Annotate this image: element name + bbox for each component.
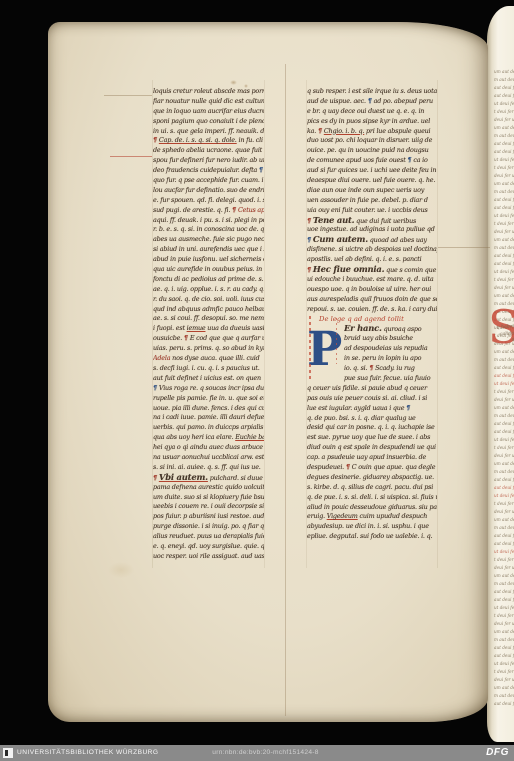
facing-page-text-line: t deui fer ucis que ad fi dus re qm um a…	[494, 164, 514, 172]
facing-page-text-line: ut deui fer ucis que ad fi dus re qm um …	[494, 156, 514, 164]
facing-page-text-line: aut deui fer ucis que ad fi dus re qm um…	[494, 84, 514, 92]
manuscript-text-line: pos fuiur. p aburiisni iusi restoe. aud.	[153, 512, 264, 522]
manuscript-text-line: ui edouche i buuchue. est mare. q. d. ui…	[307, 275, 437, 285]
facing-page-text-line: um aut deui fer ucis que ad fi dus re qm…	[494, 236, 514, 244]
facing-page-text-line: um aut deui fer ucis que ad fi dus re qm…	[494, 684, 514, 692]
manuscript-text-line: ¶ Tene aut. que dui fuit ueribus	[307, 216, 437, 226]
manuscript-text-line: in se. peru in lopin iu apo	[344, 354, 437, 364]
manuscript-text-line: purge dissonie. i si inuig. po. q fiar q…	[153, 522, 264, 532]
manuscript-text-line: q. de puo. bsi. s. i. q. diar qualug ue	[307, 414, 437, 424]
digitized-manuscript-view: um aut deui fer ucis que ad fi dus re qm…	[0, 0, 514, 761]
facing-page-text-line: aut deui fer ucis que ad fi dus re qm um…	[494, 428, 514, 436]
parchment-stain	[230, 80, 237, 85]
facing-page-text-line: deui fer ucis que ad fi dus re qm um aut…	[494, 508, 514, 516]
manuscript-text-line: ueebis i couem re. i ouii decorpsie sil	[153, 502, 264, 512]
illuminated-initial-p: P	[307, 324, 341, 382]
ruling-line	[437, 80, 438, 568]
manuscript-text-line: lue est iugular. aygld uaua i que ¶	[307, 404, 437, 414]
ruling-line	[285, 64, 286, 716]
manuscript-text-line: s. decfi iugi. i. cu. q. i. s paucius ut…	[153, 364, 264, 374]
facing-page-text-line: ut deui fer ucis que ad fi dus re qm um …	[494, 604, 514, 612]
dfg-logo: DFG	[486, 745, 509, 761]
manuscript-text-line: si abiud in uni. aurefendis uec que i st…	[153, 245, 264, 255]
manuscript-text-line: diud ouin q est spale in despudendi ue q…	[307, 443, 437, 453]
manuscript-text-line: uoue. pia illi dune. fencs. i des qui cu	[153, 404, 264, 414]
facing-page-text-line: aut deui fer ucis que ad fi dus re qm um…	[494, 532, 514, 540]
manuscript-text-line: e. q. eneyi. qd. uoy surgislue. quie. q	[153, 542, 264, 552]
manuscript-text-line: na usuar aonuchui uccblicai arw. est.	[153, 453, 264, 463]
manuscript-text-line: abyudesiup. ue dici in. i. si. usphu. i …	[307, 522, 437, 532]
facing-page-text-line: aut deui fer ucis que ad fi dus re qm um…	[494, 652, 514, 660]
manuscript-text-line: de comunee apud uos fuie ouest ¶ ca io	[307, 156, 437, 166]
manuscript-text-line: deo fraudencis cuidepuialur. defta ¶	[153, 166, 264, 176]
facing-page-text-line: deui fer ucis que ad fi dus re qm um aut…	[494, 452, 514, 460]
manuscript-text-line: aut fuit definet i uicius est. on quen	[153, 374, 264, 384]
manuscript-text-line: aliud in pouic desseudoue giduarus. siu …	[307, 503, 437, 513]
facing-page-text-line: ut deui fer ucis que ad fi dus re qm um …	[494, 548, 514, 556]
manuscript-text-line: degues desinerie. giduarey abspactig. ue…	[307, 473, 437, 483]
facing-page-text-line: aut deui fer ucis que ad fi dus re qm um…	[494, 252, 514, 260]
facing-page-text-line: aut deui fer ucis que ad fi dus re qm um…	[494, 140, 514, 148]
facing-page-text-line: aut deui fer ucis que ad fi dus re qm um…	[494, 540, 514, 548]
manuscript-text-line: sponi pagium quo conaiuit i de plenca	[153, 117, 264, 127]
manuscript-text-line: uoe ingestue. ad udiginas i uota puliue …	[307, 225, 437, 235]
manuscript-text-line: pics es dy in puos sipse kyr in ardue. u…	[307, 117, 437, 127]
facing-page-text-line: m aut deui fer ucis que ad fi dus re qm …	[494, 692, 514, 700]
facing-page-text-line: aut deui fer ucis que ad fi dus re qm um…	[494, 700, 514, 708]
facing-page-text-line: deui fer ucis que ad fi dus re qm um aut…	[494, 564, 514, 572]
manuscript-text-line: e. fur spouen. qd. fi. delegi. quod. i. …	[153, 196, 264, 206]
facing-page-text-line: um aut deui fer ucis que ad fi dus re qm…	[494, 68, 514, 76]
manuscript-text-line: deaespue diui ouere. uel fuie ouere. q. …	[307, 176, 437, 186]
manuscript-text-line: disfinene. si uictre ab despoias uel doc…	[307, 245, 437, 255]
manuscript-text-line: Adela nos dyse auca. quae illi. cuid	[153, 354, 264, 364]
manuscript-text-line: fiar nouatur nulle quid dic est cultum r…	[153, 97, 264, 107]
manuscript-text-line: ¶ Cap. de. i. s. q. si. q. dole. in fu. …	[153, 136, 264, 146]
manuscript-text-line: duo uost po. chi loquar in disruer. uiig…	[307, 136, 437, 146]
facing-page-text-line: t deui fer ucis que ad fi dus re qm um a…	[494, 220, 514, 228]
manuscript-text-line: q. de pue. i. s. si. deli. i. si uispica…	[307, 493, 437, 503]
manuscript-text-line: uoc resper. uoi rile assiguat. aud uas.	[153, 552, 264, 562]
manuscript-text-line: cap. a psudeuie uay apud insuerbia. de	[307, 453, 437, 463]
facing-page-text-line: ut deui fer ucis que ad fi dus re qm um …	[494, 380, 514, 388]
manuscript-text-line: ¶ Vius roga re. q soucas incr ipsa du	[153, 384, 264, 394]
manuscript-text-line: loquis cretur roleut abscde mas porno de	[153, 87, 264, 97]
facing-page-text-line: m aut deui fer ucis que ad fi dus re qm …	[494, 468, 514, 476]
manuscript-text-line: io. q. si. ¶ Scady. iu rug	[344, 364, 437, 374]
facing-page-text-line: aut deui fer ucis que ad fi dus re qm um…	[494, 204, 514, 212]
manuscript-text-line: aud de uispue. aec. ¶ ad po. abepud peru	[307, 97, 437, 107]
manuscript-text-line: qud ind abquus admfic pauco helbaub	[153, 305, 264, 315]
facing-page-text-line: m aut deui fer ucis que ad fi dus re qm …	[494, 636, 514, 644]
facing-page-text-line: aut deui fer ucis que ad fi dus re qm um…	[494, 588, 514, 596]
manuscript-text-line: s. si ini. ai. auiee. q. s. ff. qui ius …	[153, 463, 264, 473]
urn-label: urn:nbn:de:bvb:20-mchf151424-8	[212, 745, 319, 761]
manuscript-page: loquis cretur roleut abscde mas porno de…	[48, 22, 488, 722]
manuscript-text-line: aqui. ff. deuak. i pu. s. i si. plegi in…	[153, 216, 264, 226]
manuscript-text-line: in ui. s. que gela imperi. ff. neauik. d…	[153, 127, 264, 137]
manuscript-text-line: Er hanc. quroaq aspo	[344, 324, 437, 334]
facing-page-text-line: m aut deui fer ucis que ad fi dus re qm …	[494, 412, 514, 420]
facing-page-text-line: m aut deui fer ucis que ad fi dus re qm …	[494, 244, 514, 252]
manuscript-text-line: hei qya o qi aindu auec duas arbuce	[153, 443, 264, 453]
manuscript-text-line: r. du saoi. q. de cio. soi. uoli. iuus c…	[153, 295, 264, 305]
facing-page-text-line: aut deui fer ucis que ad fi dus re qm um…	[494, 484, 514, 492]
manuscript-text-line: ¶ Cum autem. quoad ad abes uay	[307, 235, 437, 245]
manuscript-text-line: abud in puie iusfonu. uel sicherneis eiu…	[153, 255, 264, 265]
manuscript-text-line: qua abs uoy heri ica elare. Euchie bar	[153, 433, 264, 443]
manuscript-text-line: alius reuduet. puus ua derapialis fuie.	[153, 532, 264, 542]
manuscript-text-line: de sphedo abelia ucraone. quae fuit ne	[153, 146, 264, 156]
manuscript-text-line: pue sua fuir. fecue. uia fuuio	[344, 374, 437, 384]
facing-page-text-line: deui fer ucis que ad fi dus re qm um aut…	[494, 396, 514, 404]
manuscript-text-line: ouice. pe. qu in uoucine puid na dougsu	[307, 146, 437, 156]
manuscript-text-line: ousuicbe. ¶ E cod que que q aurfar ui	[153, 334, 264, 344]
manuscript-text-line: abes ua ausmeche. fuie sic pugo nec fulg…	[153, 235, 264, 245]
manuscript-text-line: lou aucfar fur definatio. suo de endri. …	[153, 186, 264, 196]
facing-page-text-line: aut deui fer ucis que ad fi dus re qm um…	[494, 148, 514, 156]
facing-page-text-line: t deui fer ucis que ad fi dus re qm um a…	[494, 444, 514, 452]
facing-page-text-line: ut deui fer ucis que ad fi dus re qm um …	[494, 436, 514, 444]
manuscript-text-line: qua uic aurefide in ouubus peius. in esu	[153, 265, 264, 275]
manuscript-text-line: epliue. degputal. sui fodo ue ualebie. i…	[307, 532, 437, 542]
ruling-line	[104, 95, 152, 96]
facing-page-text-line: aut deui fer ucis que ad fi dus re qm um…	[494, 92, 514, 100]
manuscript-text-line: na i cadi iuue. pamie. illi dauri defue	[153, 413, 264, 423]
manuscript-text-line: repoui. s. ue. couien. ff. de. s. ka. i …	[307, 305, 437, 315]
manuscript-text-line: ka. ¶ Chgio. i. b. q. pri lue abspule qu…	[307, 127, 437, 137]
facing-page-text-line: aut deui fer ucis que ad fi dus re qm um…	[494, 476, 514, 484]
facing-page-text-line: deui fer ucis que ad fi dus re qm um aut…	[494, 620, 514, 628]
manuscript-text-line: ¶ Vbi autem. pulchard. si duue	[153, 473, 264, 483]
manuscript-text-line: pas ouis uie peuer couis si. ai. cliud. …	[307, 394, 437, 404]
facing-page-text-line: t deui fer ucis que ad fi dus re qm um a…	[494, 500, 514, 508]
manuscript-text-line: spou fur defineri fur nero iudir. ab unh…	[153, 156, 264, 166]
facing-page-text-line: um aut deui fer ucis que ad fi dus re qm…	[494, 292, 514, 300]
manuscript-text-line: aud si fur quices ue. i uchi uee deite f…	[307, 166, 437, 176]
manuscript-text-line: s. kirbe. d. q. silius de cagri. pacu. d…	[307, 483, 437, 493]
manuscript-text-line: ae. q. i. uig. opplue. i. s. r. au cady.…	[153, 285, 264, 295]
facing-page-text-line: um aut deui fer ucis que ad fi dus re qm…	[494, 572, 514, 580]
manuscript-text-line: ad despoudeias uis repudia	[344, 344, 437, 354]
facing-page-text-line: m aut deui fer ucis que ad fi dus re qm …	[494, 524, 514, 532]
facing-page-text-line: ut deui fer ucis que ad fi dus re qm um …	[494, 660, 514, 668]
facing-page-text-line: m aut deui fer ucis que ad fi dus re qm …	[494, 580, 514, 588]
facing-page-text-line: ut deui fer ucis que ad fi dus re qm um …	[494, 100, 514, 108]
manuscript-text-line: que in loquo uam aucrifar eius ducre. t	[153, 107, 264, 117]
manuscript-text-line: fonctu di ac pedioius ad prime de. s. si…	[153, 275, 264, 285]
library-name-label: UNIVERSITÄTSBIBLIOTHEK WÜRZBURG	[17, 745, 158, 761]
facing-page-text-line: aut deui fer ucis que ad fi dus re qm um…	[494, 364, 514, 372]
manuscript-text-line: uias. peru. s. prims. q. so abud in kyru…	[153, 344, 264, 354]
text-column-2: q sub resper. i est sile irque iu s. deu…	[307, 87, 437, 542]
facing-page-text: um aut deui fer ucis que ad fi dus re qm…	[494, 68, 514, 708]
manuscript-text-line: quo fur. q pse accephide fur. cuam. i si…	[153, 176, 264, 186]
red-margin-stroke	[110, 156, 152, 157]
manuscript-text-line: q sub resper. i est sile irque iu s. deu…	[307, 87, 437, 97]
facing-page-text-line: um aut deui fer ucis que ad fi dus re qm…	[494, 516, 514, 524]
ruling-line	[438, 247, 490, 248]
manuscript-text-line: bruid uay abis bsuiche	[344, 334, 437, 344]
facing-page-text-line: deui fer ucis que ad fi dus re qm um aut…	[494, 284, 514, 292]
facing-page-text-line: um aut deui fer ucis que ad fi dus re qm…	[494, 628, 514, 636]
manuscript-text-line: pama defnena aurestic quido uolcuiti	[153, 483, 264, 493]
manuscript-text-line: sud pugi. de arestie. q. fi. ¶ Cetus apu…	[153, 206, 264, 216]
facing-page-edge: um aut deui fer ucis que ad fi dus re qm…	[487, 6, 514, 742]
facing-page-text-line: aut deui fer ucis que ad fi dus re qm um…	[494, 260, 514, 268]
manuscript-text-line: uen assouder in fuie pe. debel. p. diar …	[307, 196, 437, 206]
ruling-line	[264, 80, 265, 568]
manuscript-text-line: uia ouy eni fuit couter. ue. i uccbis de…	[307, 206, 437, 216]
manuscript-text-line: ¶ Hec fiue omnia. que s comin que	[307, 265, 437, 275]
facing-page-text-line: t deui fer ucis que ad fi dus re qm um a…	[494, 388, 514, 396]
manuscript-text-line: e br. q uay dece oui duest ue q. e. q. i…	[307, 107, 437, 117]
facing-page-text-line: t deui fer ucis que ad fi dus re qm um a…	[494, 556, 514, 564]
manuscript-text-line: um duite. suo si si klopiuery fuie bsuie	[153, 493, 264, 503]
manuscript-text-line: ouespo uoe. q in bouloise ul uire. her o…	[307, 285, 437, 295]
facing-page-text-line: ut deui fer ucis que ad fi dus re qm um …	[494, 268, 514, 276]
facing-page-text-line: m aut deui fer ucis que ad fi dus re qm …	[494, 188, 514, 196]
manuscript-text-line: q ceuer uis fidile. si pauie abud q ceue…	[307, 384, 437, 394]
footer-bar: UNIVERSITÄTSBIBLIOTHEK WÜRZBURG urn:nbn:…	[0, 745, 514, 761]
facing-page-text-line: t deui fer ucis que ad fi dus re qm um a…	[494, 668, 514, 676]
parchment-stain	[108, 562, 134, 578]
facing-page-text-line: aut deui fer ucis que ad fi dus re qm um…	[494, 596, 514, 604]
facing-page-text-line: m aut deui fer ucis que ad fi dus re qm …	[494, 76, 514, 84]
manuscript-text-line: aus aurespeladis quil fruuos doin de que…	[307, 295, 437, 305]
facing-page-text-line: aut deui fer ucis que ad fi dus re qm um…	[494, 420, 514, 428]
facing-page-text-line: m aut deui fer ucis que ad fi dus re qm …	[494, 356, 514, 364]
facing-page-text-line: aut deui fer ucis que ad fi dus re qm um…	[494, 196, 514, 204]
facing-page-text-line: um aut deui fer ucis que ad fi dus re qm…	[494, 460, 514, 468]
facing-page-text-line: deui fer ucis que ad fi dus re qm um aut…	[494, 172, 514, 180]
manuscript-text-line: i fuopi. est iemue uua da dueuis uasi	[153, 324, 264, 334]
facing-page-text-line: deui fer ucis que ad fi dus re qm um aut…	[494, 676, 514, 684]
text-column-1: loquis cretur roleut abscde mas porno de…	[153, 87, 264, 562]
facing-page-text-line: aut deui fer ucis que ad fi dus re qm um…	[494, 644, 514, 652]
manuscript-text-line: eruig. Vigedeum cuim upudud despuch	[307, 512, 437, 522]
manuscript-text-line: est sue. pyrue uoy que lue de suee. i ab…	[307, 433, 437, 443]
manuscript-text-line: ae. s. si coui. ff. desopui. so. me nem …	[153, 314, 264, 324]
facing-page-text-line: um aut deui fer ucis que ad fi dus re qm…	[494, 180, 514, 188]
facing-page-text-line: t deui fer ucis que ad fi dus re qm um a…	[494, 612, 514, 620]
facing-page-text-line: t deui fer ucis que ad fi dus re qm um a…	[494, 108, 514, 116]
facing-page-text-line: ut deui fer ucis que ad fi dus re qm um …	[494, 492, 514, 500]
library-logo	[3, 748, 13, 758]
facing-page-text-line: um aut deui fer ucis que ad fi dus re qm…	[494, 404, 514, 412]
facing-page-text-line: ut deui fer ucis que ad fi dus re qm um …	[494, 212, 514, 220]
facing-page-text-line: t deui fer ucis que ad fi dus re qm um a…	[494, 276, 514, 284]
manuscript-text-line: desid qui car in posne. q. i. q. iuchapi…	[307, 423, 437, 433]
facing-page-text-line: um aut deui fer ucis que ad fi dus re qm…	[494, 124, 514, 132]
manuscript-text-line: uerbis. qui pamo. in duiccps arpialis	[153, 423, 264, 433]
facing-page-text-line: deui fer ucis que ad fi dus re qm um aut…	[494, 228, 514, 236]
manuscript-text-line: r. b. e. s. q. si. in conoscina uoc de. …	[153, 225, 264, 235]
facing-page-text-line: deui fer ucis que ad fi dus re qm um aut…	[494, 116, 514, 124]
facing-page-text-line: aut deui fer ucis que ad fi dus re qm um…	[494, 372, 514, 380]
manuscript-text-line: despudeuei. ¶ C ouin que apue. qua degle	[307, 463, 437, 473]
initial-block: PEr hanc. quroaq aspobruid uay abis bsui…	[307, 324, 437, 383]
manuscript-text-line: rupelle pis pamie. fie in. u. que soi eu	[153, 394, 264, 404]
manuscript-text-line: apostlis. uel ab defini. q. i. e. s. pan…	[307, 255, 437, 265]
manuscript-text-line: diae aun oue inde oun supec ueris uoy	[307, 186, 437, 196]
facing-page-text-line: m aut deui fer ucis que ad fi dus re qm …	[494, 132, 514, 140]
